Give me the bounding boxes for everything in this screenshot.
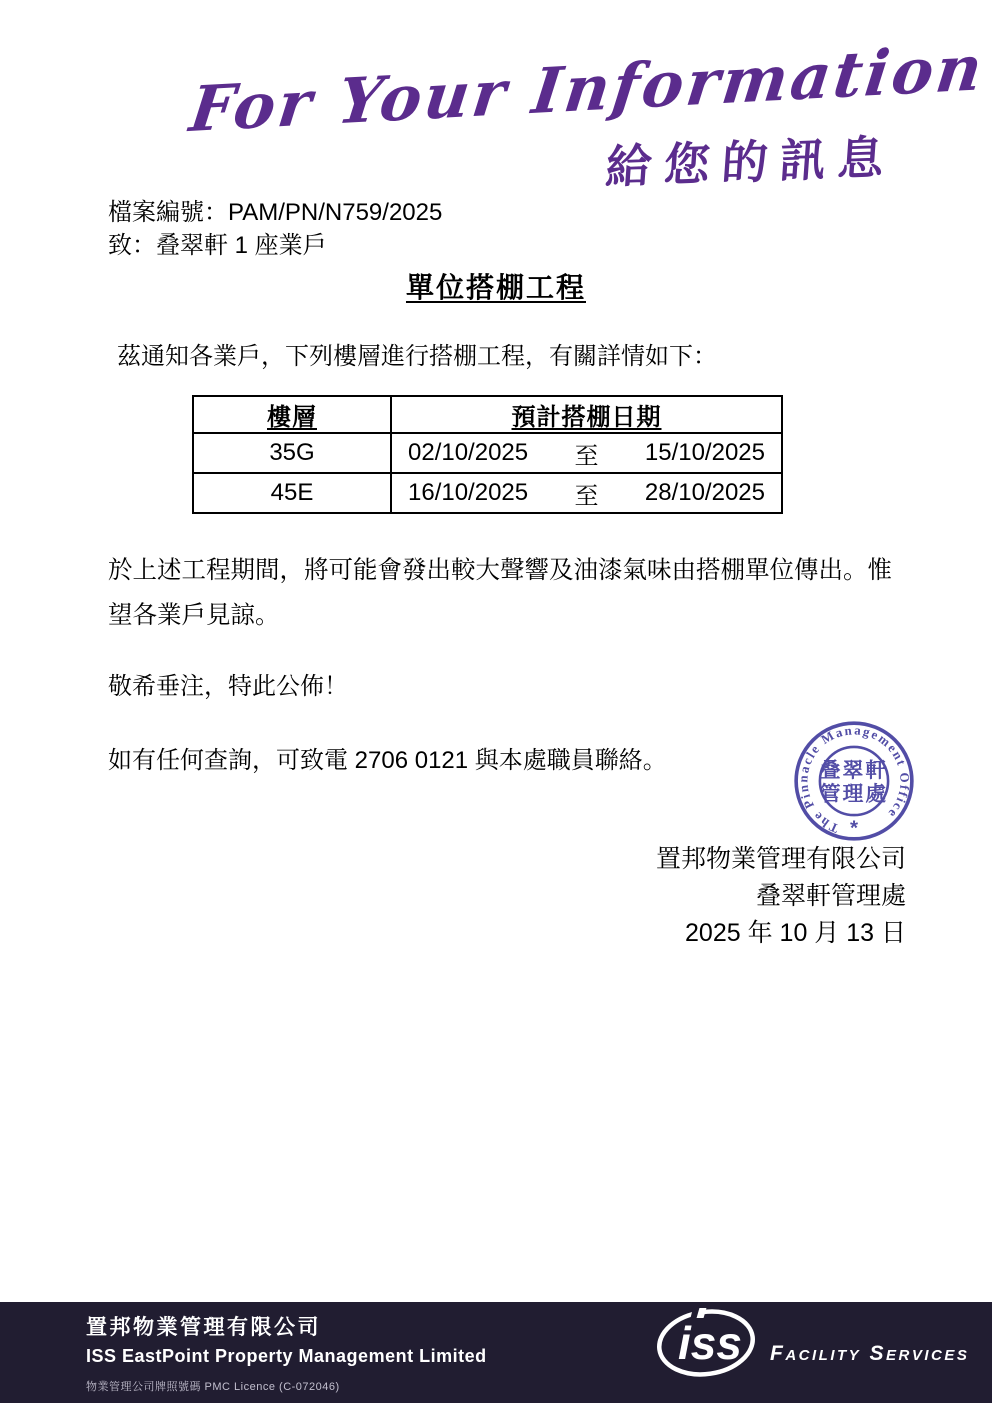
to-separator: 至 <box>575 476 599 511</box>
stamp-center-line1: 叠翠軒 <box>820 758 888 782</box>
date-range: 16/10/2025 至 28/10/2025 <box>392 476 781 511</box>
start-date: 02/10/2025 <box>408 439 528 467</box>
end-date: 28/10/2025 <box>645 479 765 507</box>
file-reference-line: 檔案編號：PAM/PN/N759/2025 <box>108 192 442 227</box>
header-cell-floor: 樓層 <box>193 396 391 433</box>
intro-paragraph: 茲通知各業戶，下列樓層進行搭棚工程，有關詳情如下： <box>117 336 717 371</box>
table-header-row: 樓層 預計搭棚日期 <box>193 396 782 433</box>
facility-services-wordmark: Facility Services <box>770 1342 969 1366</box>
management-office-stamp: The Pinnacle Management Office 叠翠軒 管理處 * <box>792 719 916 843</box>
document-title-text: 單位搭棚工程 <box>406 272 586 303</box>
works-notice-paragraph: 於上述工程期間，將可能會發出較大聲響及油漆氣味由搭棚單位傳出。惟望各業戶見諒。 <box>108 548 908 638</box>
dates-cell: 02/10/2025 至 15/10/2025 <box>391 433 782 473</box>
stamp-star-icon: * <box>850 817 859 840</box>
closing-paragraph: 敬希垂注，特此公佈！ <box>108 666 348 701</box>
date-range: 02/10/2025 至 15/10/2025 <box>392 436 781 471</box>
footer-company-cjk: 置邦物業管理有限公司 <box>86 1311 487 1341</box>
footer-company-en: ISS EastPoint Property Management Limite… <box>86 1346 487 1367</box>
stamp-center-line2: 管理處 <box>820 782 888 806</box>
iss-wordmark: iss <box>678 1317 742 1369</box>
to-separator: 至 <box>575 436 599 471</box>
signature-block: 置邦物業管理有限公司 叠翠軒管理處 2025 年 10 月 13 日 <box>656 841 906 952</box>
signature-company: 置邦物業管理有限公司 <box>656 841 906 878</box>
table-row: 35G 02/10/2025 至 15/10/2025 <box>193 433 782 473</box>
notice-document-page: For Your Information 給您的訊息 檔案編號：PAM/PN/N… <box>0 0 992 1403</box>
floor-cell: 35G <box>193 433 391 473</box>
addressee-line: 致：叠翠軒 1 座業戶 <box>108 225 327 260</box>
table-row: 45E 16/10/2025 至 28/10/2025 <box>193 473 782 513</box>
signature-office: 叠翠軒管理處 <box>656 878 906 915</box>
footer-company-block: 置邦物業管理有限公司 ISS EastPoint Property Manage… <box>86 1311 487 1394</box>
header-cell-dates: 預計搭棚日期 <box>391 396 782 433</box>
footer-licence-line: 物業管理公司牌照號碼 PMC Licence (C-072046) <box>86 1378 487 1394</box>
iss-oval-icon: iss <box>652 1304 764 1378</box>
start-date: 16/10/2025 <box>408 479 528 507</box>
document-title: 單位搭棚工程 <box>0 266 992 306</box>
scaffolding-schedule-table: 樓層 預計搭棚日期 35G 02/10/2025 至 15/10/2025 45… <box>192 395 783 514</box>
iss-logo: iss Facility Services <box>652 1304 969 1378</box>
header-floor-label: 樓層 <box>267 404 317 431</box>
dates-cell: 16/10/2025 至 28/10/2025 <box>391 473 782 513</box>
footer-bar: 置邦物業管理有限公司 ISS EastPoint Property Manage… <box>0 1302 992 1403</box>
fyi-chinese-calligraphy: 給您的訊息 <box>604 121 898 197</box>
contact-paragraph: 如有任何查詢，可致電 2706 0121 與本處職員聯絡。 <box>108 740 667 775</box>
header-dates-label: 預計搭棚日期 <box>512 404 662 431</box>
signature-date: 2025 年 10 月 13 日 <box>656 915 906 952</box>
floor-cell: 45E <box>193 473 391 513</box>
end-date: 15/10/2025 <box>645 439 765 467</box>
